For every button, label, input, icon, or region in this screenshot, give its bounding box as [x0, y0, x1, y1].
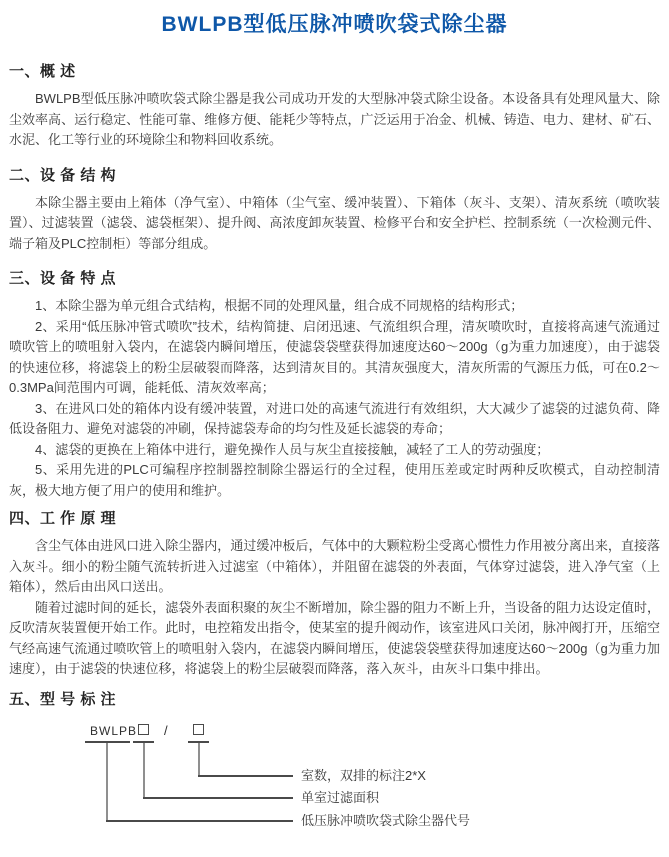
section-heading-features: 三、设 备 特 点 — [9, 269, 660, 289]
connector-vertical-code — [106, 743, 108, 822]
feature-item-3: 3、在进风口处的箱体内设有缓冲装置，对进口处的高速气流进行有效组织，大大减少了滤… — [9, 399, 660, 440]
model-separator: / — [164, 723, 168, 738]
connector-horizontal-chamber-count — [198, 775, 293, 777]
section-heading-model: 五、型 号 标 注 — [9, 690, 660, 710]
connector-vertical-box-1 — [143, 743, 145, 799]
feature-item-1: 1、本除尘器为单元组合式结构，根据不同的处理风量，组合成不同规格的结构形式； — [9, 296, 660, 317]
model-code-text: BWLPB — [90, 724, 137, 738]
section-heading-overview: 一、概 述 — [9, 62, 660, 82]
placeholder-box-chamber-count — [193, 724, 204, 735]
principle-paragraph-2: 随着过滤时间的延长，滤袋外表面积聚的灰尘不断增加，除尘器的阻力不断上升，当设备的… — [9, 598, 660, 680]
connector-vertical-box-2 — [198, 743, 200, 777]
connector-horizontal-filter-area — [143, 797, 293, 799]
callout-label-chamber-count: 室数，双排的标注2*X — [301, 768, 426, 784]
connector-horizontal-code — [106, 820, 293, 822]
feature-item-2: 2、采用“低压脉冲管式喷吹”技术，结构简捷、启闭迅速、气流组织合理，清灰喷吹时，… — [9, 317, 660, 399]
principle-paragraph-1: 含尘气体由进风口进入除尘器内，通过缓冲板后，气体中的大颗粒粉尘受离心惯性力作用被… — [9, 536, 660, 598]
structure-paragraph: 本除尘器主要由上箱体（净气室）、中箱体（尘气室、缓冲装置）、下箱体（灰斗、支架）… — [9, 193, 660, 255]
overview-paragraph: BWLPB型低压脉冲喷吹袋式除尘器是我公司成功开发的大型脉冲袋式除尘设备。本设备… — [9, 89, 660, 151]
feature-item-4: 4、滤袋的更换在上箱体中进行，避免操作人员与灰尘直接接触，减轻了工人的劳动强度； — [9, 440, 660, 461]
callout-label-collector-code: 低压脉冲喷吹袋式除尘器代号 — [301, 813, 470, 829]
model-notation-diagram: BWLPB / 室数，双排的标注2*X 单室过滤面积 低压脉冲喷吹袋式除尘器代号 — [9, 716, 660, 828]
section-heading-structure: 二、设 备 结 构 — [9, 166, 660, 186]
feature-item-5: 5、采用先进的PLC可编程序控制器控制除尘器运行的全过程，使用压差或定时两种反吹… — [9, 460, 660, 501]
callout-label-filter-area: 单室过滤面积 — [301, 790, 379, 806]
placeholder-box-filter-area — [138, 724, 149, 735]
page-title: BWLPB型低压脉冲喷吹袋式除尘器 — [9, 12, 660, 38]
section-heading-principle: 四、工 作 原 理 — [9, 509, 660, 529]
document-page: BWLPB型低压脉冲喷吹袋式除尘器 一、概 述 BWLPB型低压脉冲喷吹袋式除尘… — [0, 0, 669, 857]
